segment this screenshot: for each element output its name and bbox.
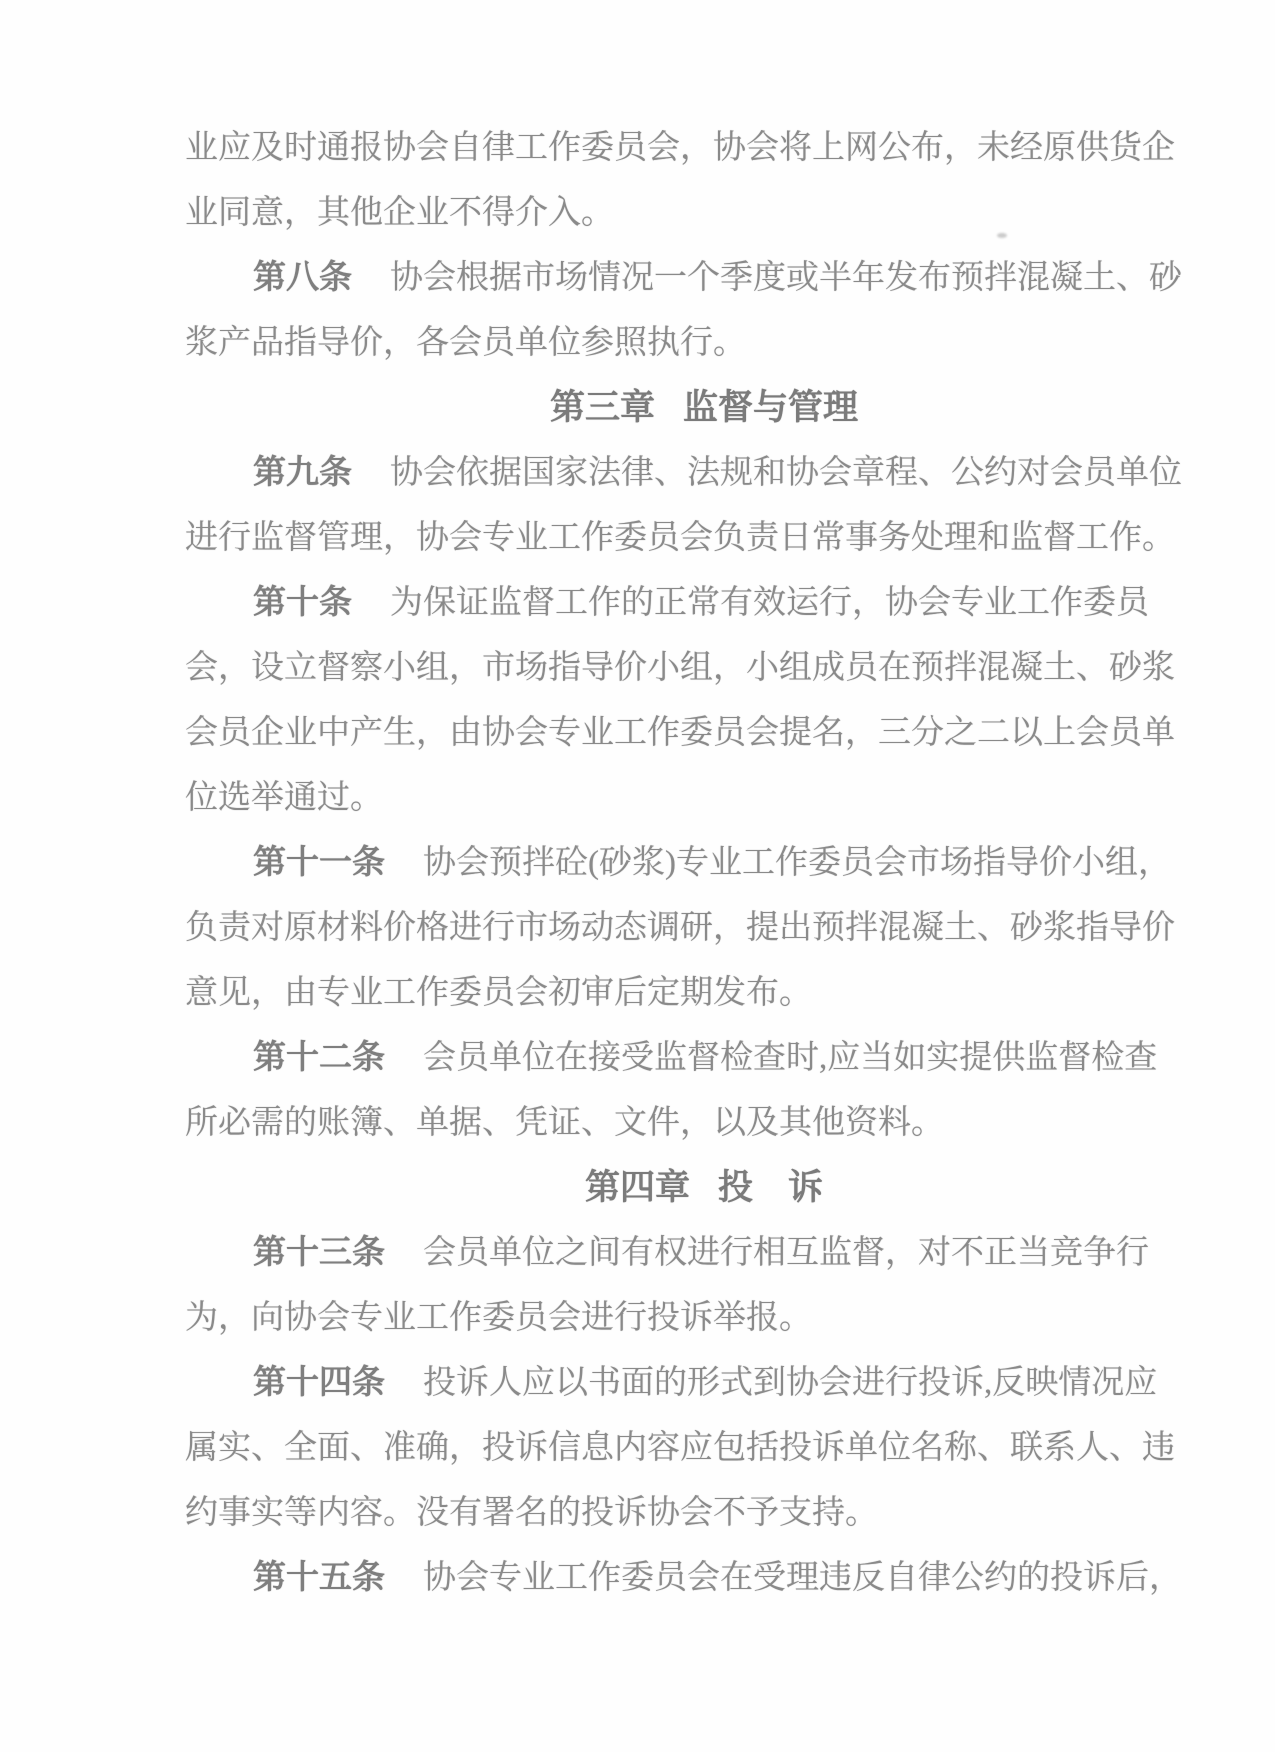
line-text: 业同意，其他企业不得介入。 bbox=[185, 186, 614, 233]
line-text: 投诉人应以书面的形式到协会进行投诉,反映情况应 bbox=[423, 1356, 1157, 1403]
line-text: 业应及时通报协会自律工作委员会，协会将上网公布，未经原供货企 bbox=[185, 121, 1175, 168]
body-line: 会员企业中产生，由协会专业工作委员会提名，三分之二以上会员单 bbox=[185, 697, 1167, 762]
article-line: 第十二条会员单位在接受监督检查时,应当如实提供监督检查 bbox=[185, 1022, 1167, 1087]
line-text: 属实、全面、准确，投诉信息内容应包括投诉单位名称、联系人、违 bbox=[185, 1421, 1175, 1468]
article-line: 第九条协会依据国家法律、法规和协会章程、公约对会员单位 bbox=[185, 437, 1167, 502]
line-text: 监督与管理 bbox=[683, 380, 858, 430]
chapter-number: 第四章 bbox=[585, 1160, 690, 1210]
article-number: 第十四条 bbox=[253, 1356, 385, 1403]
line-text: 进行监督管理，协会专业工作委员会负责日常事务处理和监督工作。 bbox=[185, 511, 1175, 558]
body-line: 负责对原材料价格进行市场动态调研，提出预拌混凝土、砂浆指导价 bbox=[185, 892, 1167, 957]
line-text: 会，设立督察小组，市场指导价小组，小组成员在预拌混凝土、砂浆 bbox=[185, 641, 1175, 688]
line-text: 所必需的账簿、单据、凭证、文件，以及其他资料。 bbox=[185, 1096, 944, 1143]
body-line: 位选举通过。 bbox=[185, 762, 1167, 827]
chapter-heading: 第三章监督与管理 bbox=[213, 372, 1195, 437]
chapter-number: 第三章 bbox=[550, 380, 655, 430]
article-line: 第十三条会员单位之间有权进行相互监督，对不正当竞争行 bbox=[185, 1217, 1167, 1282]
body-line: 业同意，其他企业不得介入。 bbox=[185, 177, 1167, 242]
line-text: 负责对原材料价格进行市场动态调研，提出预拌混凝土、砂浆指导价 bbox=[185, 901, 1175, 948]
line-text: 协会专业工作委员会在受理违反自律公约的投诉后， bbox=[423, 1551, 1182, 1598]
line-text: 协会预拌砼(砂浆)专业工作委员会市场指导价小组， bbox=[423, 836, 1171, 883]
article-number: 第十二条 bbox=[253, 1031, 385, 1078]
article-number: 第十三条 bbox=[253, 1226, 385, 1273]
article-number: 第十五条 bbox=[253, 1551, 385, 1598]
article-line: 第十四条投诉人应以书面的形式到协会进行投诉,反映情况应 bbox=[185, 1347, 1167, 1412]
line-text: 位选举通过。 bbox=[185, 771, 383, 818]
article-number: 第九条 bbox=[253, 446, 352, 493]
body-line: 进行监督管理，协会专业工作委员会负责日常事务处理和监督工作。 bbox=[185, 502, 1167, 567]
chapter-heading: 第四章投 诉 bbox=[213, 1152, 1195, 1217]
scan-artifact bbox=[997, 233, 1007, 238]
article-number: 第十一条 bbox=[253, 836, 385, 883]
line-text: 为，向协会专业工作委员会进行投诉举报。 bbox=[185, 1291, 812, 1338]
body-line: 业应及时通报协会自律工作委员会，协会将上网公布，未经原供货企 bbox=[185, 112, 1167, 177]
line-text: 会员单位在接受监督检查时,应当如实提供监督检查 bbox=[423, 1031, 1157, 1078]
line-text: 约事实等内容。没有署名的投诉协会不予支持。 bbox=[185, 1486, 878, 1533]
line-text: 会员企业中产生，由协会专业工作委员会提名，三分之二以上会员单 bbox=[185, 706, 1175, 753]
line-text: 意见，由专业工作委员会初审后定期发布。 bbox=[185, 966, 812, 1013]
body-line: 属实、全面、准确，投诉信息内容应包括投诉单位名称、联系人、违 bbox=[185, 1412, 1167, 1477]
line-text: 为保证监督工作的正常有效运行，协会专业工作委员 bbox=[390, 576, 1149, 623]
line-text: 浆产品指导价，各会员单位参照执行。 bbox=[185, 316, 746, 363]
body-line: 为，向协会专业工作委员会进行投诉举报。 bbox=[185, 1282, 1167, 1347]
body-line: 约事实等内容。没有署名的投诉协会不予支持。 bbox=[185, 1477, 1167, 1542]
line-text: 协会根据市场情况一个季度或半年发布预拌混凝土、砂 bbox=[390, 251, 1182, 298]
line-text: 投 诉 bbox=[718, 1160, 823, 1210]
article-number: 第八条 bbox=[253, 251, 352, 298]
document-text-column: 业应及时通报协会自律工作委员会，协会将上网公布，未经原供货企业同意，其他企业不得… bbox=[185, 112, 1167, 1607]
line-text: 协会依据国家法律、法规和协会章程、公约对会员单位 bbox=[390, 446, 1182, 493]
body-line: 意见，由专业工作委员会初审后定期发布。 bbox=[185, 957, 1167, 1022]
body-line: 会，设立督察小组，市场指导价小组，小组成员在预拌混凝土、砂浆 bbox=[185, 632, 1167, 697]
article-line: 第十五条协会专业工作委员会在受理违反自律公约的投诉后， bbox=[185, 1542, 1167, 1607]
article-line: 第八条协会根据市场情况一个季度或半年发布预拌混凝土、砂 bbox=[185, 242, 1167, 307]
document-page: 业应及时通报协会自律工作委员会，协会将上网公布，未经原供货企业同意，其他企业不得… bbox=[0, 0, 1275, 1752]
body-line: 浆产品指导价，各会员单位参照执行。 bbox=[185, 307, 1167, 372]
line-text: 会员单位之间有权进行相互监督，对不正当竞争行 bbox=[423, 1226, 1149, 1273]
article-line: 第十条为保证监督工作的正常有效运行，协会专业工作委员 bbox=[185, 567, 1167, 632]
article-line: 第十一条协会预拌砼(砂浆)专业工作委员会市场指导价小组， bbox=[185, 827, 1167, 892]
article-number: 第十条 bbox=[253, 576, 352, 623]
body-line: 所必需的账簿、单据、凭证、文件，以及其他资料。 bbox=[185, 1087, 1167, 1152]
